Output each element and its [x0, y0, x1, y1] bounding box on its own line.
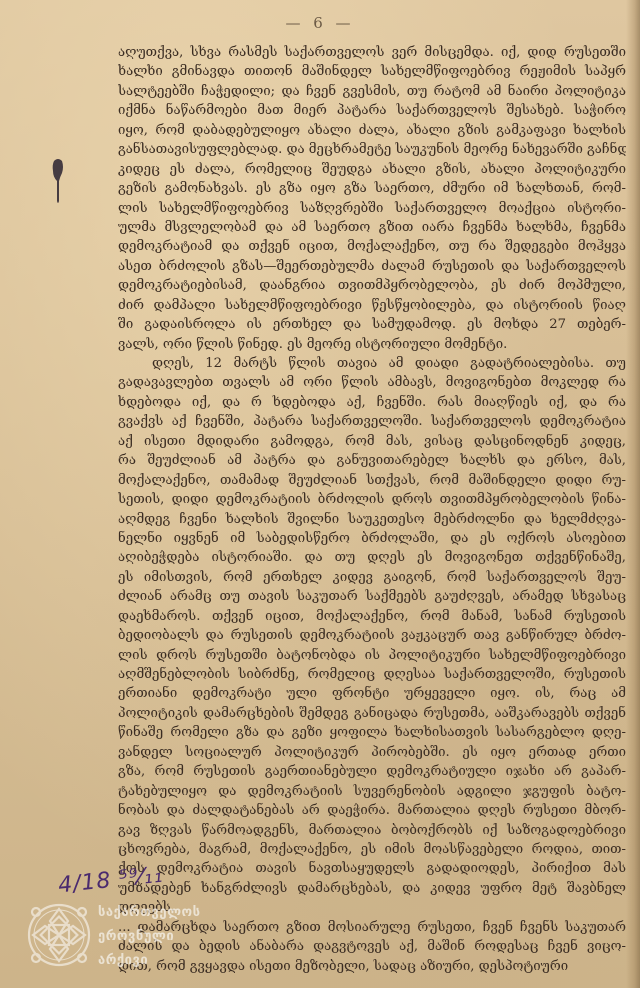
text-line: ბედიობალს და რუსეთის დემოკრატიის ვაჟკაცუ… [118, 626, 626, 645]
text-line: გადავავლებთ თვალს ამ ორი წლის ამბავს, მო… [118, 373, 626, 392]
text-line: წინაშე რომელი გზა და გეზი ყოფილა ხალხისა… [118, 723, 626, 742]
text-line: იქმნა ნაწარმოები მათ მიერ პატარა საქართვ… [118, 101, 626, 120]
text-line: ნობას და ძალდატანებას არ დაეჭირა. მართალ… [118, 801, 626, 820]
text-line: ხალხი გმინავდა თითონ მაშინდელ სახელმწიფო… [118, 62, 626, 81]
watermark-line-1: საქართველოს [98, 905, 201, 920]
text-line: ში გადაისროლა ის ერთხელ და სამუდამოდ. ეს… [118, 315, 626, 334]
text-line: დღეს, 12 მარტს წლის თავია ამ დიადი გადატ… [118, 354, 626, 373]
text-line: ერთიანი დემოკრატი ული ფრონტი ურყეველი იყ… [118, 684, 626, 703]
archive-logo-icon [24, 895, 94, 975]
text-line: აღმდეგ ჩვენი ხალხის შვილნი საუკეთესო მებ… [118, 510, 626, 529]
text-line: გზა, რომ რუსეთის გაერთიანებული დემოკრატი… [118, 762, 626, 781]
text-line: პოლიტიკის დამარცხების შემდეგ განიცადა რუ… [118, 704, 626, 723]
text-line: გავ ზღვას წარმოადგენს, მართალია ბობოქრობ… [118, 821, 626, 840]
scanned-document-page: — 6 — აღუთქვა, სხვა რასმეს საქართველოს ვ… [0, 0, 640, 988]
text-line: ლის დროს რუსეთში ბატონობდა ის პოლიტიკური… [118, 646, 626, 665]
text-line: ეს იმისთვის, რომ ერთხელ კიდევ გაიგონ, რო… [118, 568, 626, 587]
text-line: ვანდელ სოციალურ პოლიტიკურ პირობებში. ეს … [118, 743, 626, 762]
text-line: ასეთ ბრძოლის გზას—შეერთებულმა ძალამ რუსე… [118, 257, 626, 276]
text-line: განსათავისუფლებლად. და მეცხრამეტე საუკუნ… [118, 140, 626, 159]
text-line: გვაქვს აქ ჩვენში, პატარა საქართველოში. ს… [118, 412, 626, 431]
text-line: რა შეუძლიან ამ პატრა და განუვითარებელ ხა… [118, 451, 626, 470]
page-number: — 6 — [0, 14, 640, 32]
ink-blot-mark [50, 157, 66, 207]
text-line: მოქალაქენო, თამამად შეუძლიან სთქვას, რომ… [118, 471, 626, 490]
text-line: სალტეებში ჩაჭედილი; და ჩვენ გვესმის, თუ … [118, 82, 626, 101]
watermark-line-3: არქივი [98, 953, 148, 968]
text-line: გეზის გამონახვას. ეს გზა იყო გზა საერთო,… [118, 179, 626, 198]
page-binding-edge [626, 0, 640, 988]
archive-watermark: საქართველოს ეროვნული არქივი [24, 895, 244, 975]
text-line: ხდებოდა იქ, და რ ხდებოდა აქ, ჩვენში. რას… [118, 393, 626, 412]
text-line: სეთის, დიდი დემოკრატიის ბრძოლის დროს თვი… [118, 490, 626, 509]
text-line: კიდეც ეს ძალა, რომელიც შეუდგა ახალი გზის… [118, 160, 626, 179]
text-line: ცხოვრება, მაგრამ, მოქალაქენო, ეს იმის მო… [118, 840, 626, 859]
text-line: ნელნი იყვნენ იმ საბედისწერო ბრძოლაში, და… [118, 529, 626, 548]
text-line: ძირ დამპალი სახელმწიფოებრივი წესწყობილებ… [118, 296, 626, 315]
text-line: აღმშენებლობის სიბრძნე, რომელიც დღესაა სა… [118, 665, 626, 684]
text-line: ტახებულიყო და დემოკრატიის სუვერენობის ად… [118, 782, 626, 801]
text-line: დემოკრატიებისამ, დაანგრია თვითმპყრობელობ… [118, 276, 626, 295]
text-line: ლის სახელმწიფოებრივ საზღვრებში საქართველ… [118, 199, 626, 218]
text-line: იყო, რომ დაბადებულიყო ახალი ძალა, ახალი … [118, 121, 626, 140]
document-body-text: აღუთქვა, სხვა რასმეს საქართველოს ვერ მის… [118, 43, 626, 976]
text-line: აღუთქვა, სხვა რასმეს საქართველოს ვერ მის… [118, 43, 626, 62]
text-line: ძლიან არამც თუ თავის საკუთარ საქმეებს გა… [118, 587, 626, 606]
text-line: ქოს დემოკრატია თავის ნავთსაყუდელს გადადი… [118, 859, 626, 878]
text-line: დაეხმაროს. თქვენ იცით, მოქალაქენო, რომ მ… [118, 607, 626, 626]
text-line: დემოკრატიამ და თქვენ იცით, მოქალაქენო, თ… [118, 237, 626, 256]
text-line: ულმა მსვლელობამ და ამ საერთო გზით იარა ჩ… [118, 218, 626, 237]
text-line: აქ ისეთი მდიდარი გამოდგა, რომ მას, ვისაც… [118, 432, 626, 451]
watermark-line-2: ეროვნული [98, 929, 174, 944]
text-line: აღიბეჭდება ისტორიაში. და თუ დღეს ეს მოვი… [118, 548, 626, 567]
text-line: ვალს, ორი წლის წინედ. ეს მეორე ისტორიული… [118, 335, 626, 354]
